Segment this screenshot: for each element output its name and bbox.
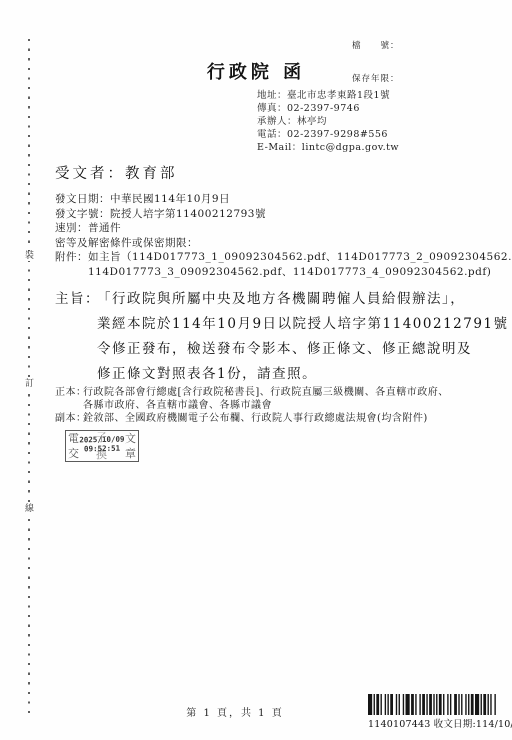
original-label: 正本： xyxy=(55,386,87,399)
sender-contact-person: 承辦人：林亭均 xyxy=(257,115,399,128)
subject-label: 主旨： xyxy=(55,287,100,312)
barcode-block: 1140107443 收文日期:114/10/09 xyxy=(368,694,506,730)
recipient-line: 受文者：教育部 xyxy=(55,162,178,183)
stamp-datetime: 2025/10/09 09:52:51 xyxy=(66,434,138,453)
sender-info-block: 地址：臺北市忠孝東路1段1號 傳真：02-2397-9746 承辦人：林亭均 電… xyxy=(257,89,399,154)
page-number: 第 1 頁，共 1 頁 xyxy=(120,704,350,719)
sender-phone: 電話：02-2397-9298#556 xyxy=(257,128,399,141)
sender-email: E-Mail：lintc@dgpa.gov.tw xyxy=(257,141,399,154)
electronic-exchange-stamp: 電 文 交 章 子 換 2025/10/09 09:52:51 xyxy=(65,430,139,462)
attachment-line-2: 114D017773_3_09092304562.pdf、114D017773_… xyxy=(88,265,512,280)
original-recipients-row: 正本： 行政院各部會行總處[含行政院秘書長]、行政院直屬三級機關、各直轄市政府、… xyxy=(55,386,449,412)
cc-label: 副本： xyxy=(55,412,87,425)
stamp-time: 09:52:51 xyxy=(66,443,138,453)
original-line-2: 各縣市政府、各直轄市議會、各縣市議會 xyxy=(83,399,449,412)
subject-block: 主旨： 「行政院與所屬中央及地方各機關聘僱人員給假辦法」， 業經本院於114年1… xyxy=(55,287,475,387)
issue-date: 發文日期：中華民國114年10月9日 xyxy=(55,192,512,207)
subject-text: 「行政院與所屬中央及地方各機關聘僱人員給假辦法」， 業經本院於114年10月9日… xyxy=(55,287,475,387)
speed-class: 速別：普通件 xyxy=(55,221,512,236)
binding-mark-zhuang: 裝 xyxy=(24,251,35,261)
distribution-block: 正本： 行政院各部會行總處[含行政院秘書長]、行政院直屬三級機關、各直轄市政府、… xyxy=(55,386,449,426)
subject-line-3: 令修正發布，檢送發布令影本、修正條文、修正總說明及 xyxy=(97,337,475,362)
file-number-label: 檔 號： xyxy=(352,41,400,52)
doc-number: 發文字號：院授人培字第11400212793號 xyxy=(55,207,512,222)
barcode-text: 1140107443 收文日期:114/10/09 xyxy=(368,716,506,730)
document-title: 行政院 函 xyxy=(0,58,512,84)
subject-line-1: 「行政院與所屬中央及地方各機關聘僱人員給假辦法」， xyxy=(97,287,475,312)
cc-line: 銓敘部、全國政府機關電子公布欄、行政院人事行政總處法規會(均含附件) xyxy=(83,412,449,425)
meta-block: 發文日期：中華民國114年10月9日 發文字號：院授人培字第1140021279… xyxy=(55,192,512,280)
attachment-row: 附件： 如主旨（114D017773_1_09092304562.pdf、114… xyxy=(55,250,512,279)
attachment-line-1: 如主旨（114D017773_1_09092304562.pdf、114D017… xyxy=(88,250,512,265)
sender-address: 地址：臺北市忠孝東路1段1號 xyxy=(257,89,399,102)
original-line-1: 行政院各部會行總處[含行政院秘書長]、行政院直屬三級機關、各直轄市政府、 xyxy=(83,386,449,399)
barcode-image xyxy=(368,694,500,715)
sender-fax: 傳真：02-2397-9746 xyxy=(257,102,399,115)
subject-line-4: 修正條文對照表各1份，請查照。 xyxy=(97,362,475,387)
cc-recipients-row: 副本： 銓敘部、全國政府機關電子公布欄、行政院人事行政總處法規會(均含附件) xyxy=(55,412,449,425)
attachment-label: 附件： xyxy=(55,250,88,265)
binding-mark-ding: 訂 xyxy=(24,379,35,389)
binding-mark-xian: 線 xyxy=(24,504,35,514)
document-page: 檔 號： 保存年限： 行政院 函 地址：臺北市忠孝東路1段1號 傳真：02-23… xyxy=(0,0,512,740)
security-class: 密等及解密條件或保密期限： xyxy=(55,236,512,251)
binding-dotted-line xyxy=(28,39,30,715)
subject-line-2: 業經本院於114年10月9日以院授人培字第11400212791號 xyxy=(97,312,475,337)
